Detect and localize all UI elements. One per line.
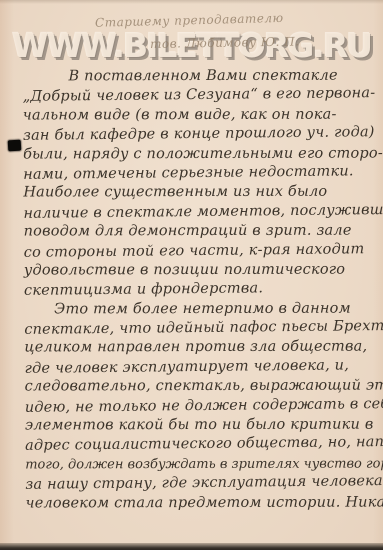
handwritten-line: следовательно, спектакль, выражающий эту [25,377,377,397]
scanned-letter-page: WWW.BILETTORG.RU Старшему преподавателю … [0,0,383,550]
handwritten-line: того, должен возбуждать в зрителях чувст… [25,454,377,474]
handwritten-line: „Добрый человек из Сезуана“ в его первон… [23,85,375,108]
header-addressee-title: Старшему преподавателю [95,8,383,30]
letter-body: В поставленном Вами спектакле „Добрый че… [22,66,377,514]
black-margin-mark [8,140,22,152]
scan-bottom-edge [0,543,383,550]
handwritten-line: чальном виде (в том виде, как он пока- [23,105,375,125]
handwritten-line: человеком стала предметом истории. Никак… [25,493,377,513]
handwritten-line: зан был кафедре в конце прошлого уч. год… [23,123,375,146]
handwritten-line: со стороны той его части, к-рая находит [24,240,376,263]
header-addressee-name: тов. Любимову Ю. П. [150,33,383,51]
handwritten-line: целиком направлен против зла общества, [24,338,376,358]
handwritten-line: Это тем более нетерпимо в данном [24,299,376,319]
handwritten-line: за нашу страну, где эксплуатация человек… [25,472,377,495]
letter-header: Старшему преподавателю тов. Любимову Ю. … [0,12,383,49]
handwritten-line: где человек эксплуатирует человека, и, [24,356,376,379]
handwritten-line: наличие в спектакле моментов, послуживши… [23,201,375,224]
handwritten-line: были, наряду с положительными его сторо- [23,144,375,164]
handwritten-line: Наиболее существенным из них было [23,183,375,203]
handwritten-line: скептицизма и фрондерства. [24,278,376,301]
handwritten-line: идею, не только не должен содержать в се… [25,395,377,418]
handwritten-line: адрес социалистического общества, но, на… [25,434,377,457]
handwritten-line: поводом для демонстраций в зрит. зале [24,222,376,242]
